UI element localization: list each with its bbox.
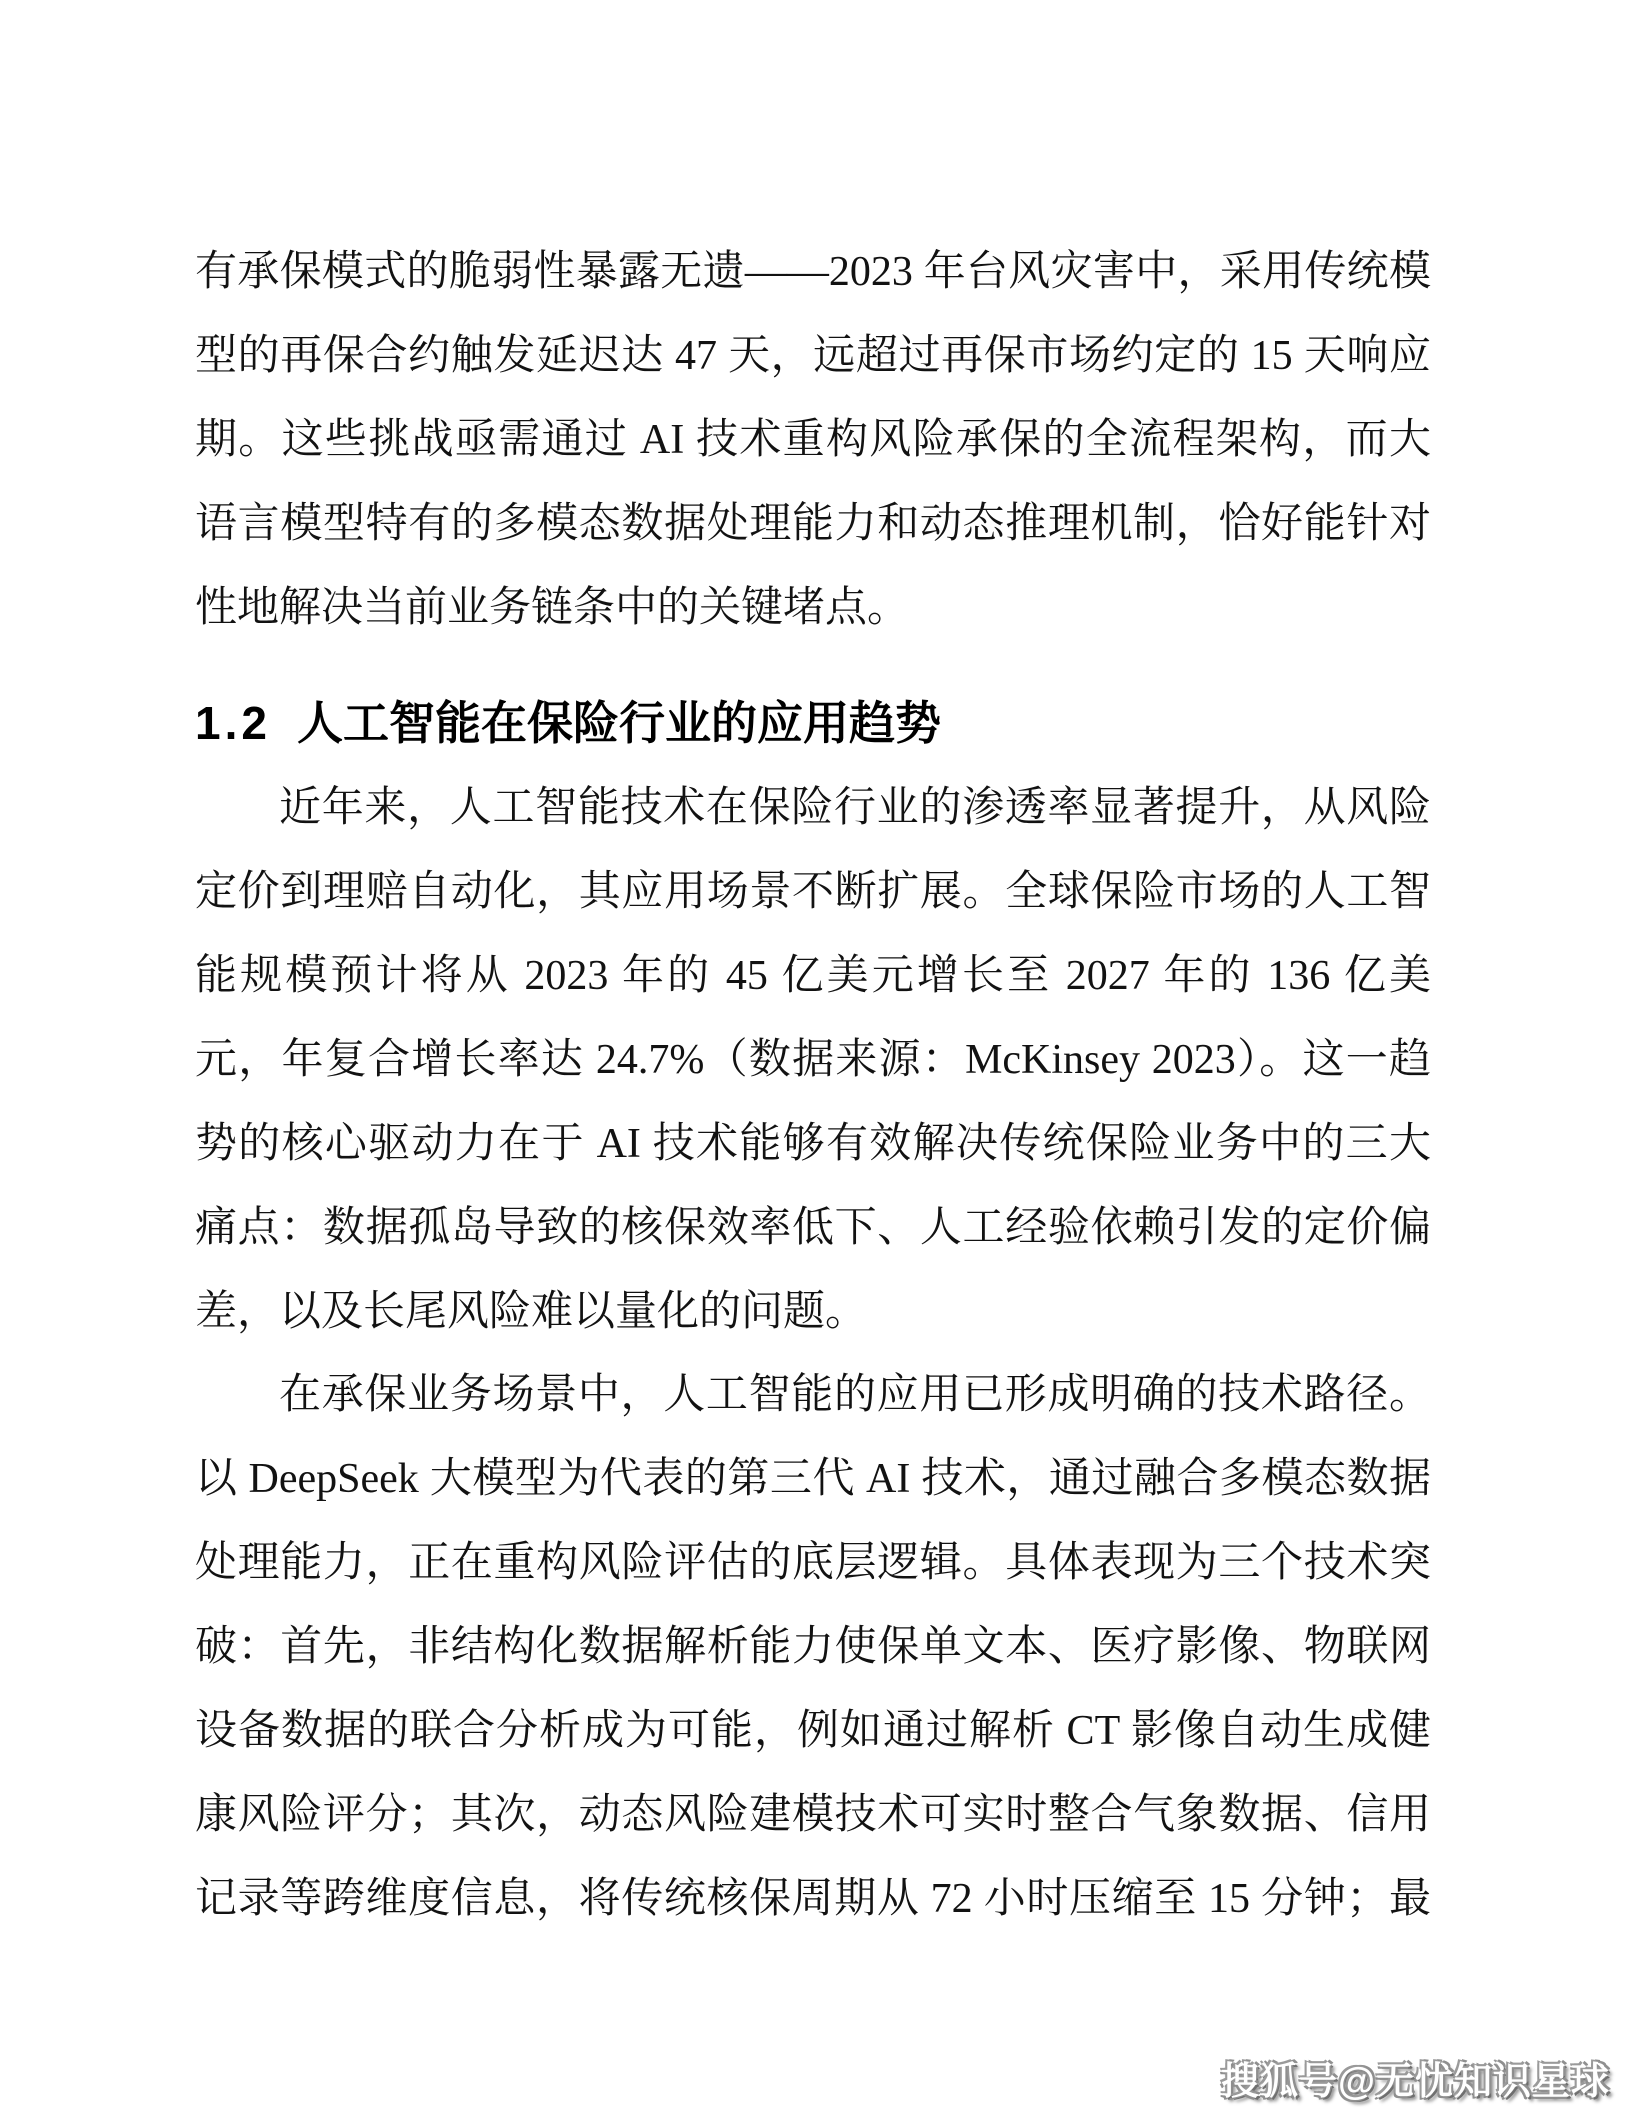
text-line: 处理能力，正在重构风险评估的底层逻辑。具体表现为三个技术突	[195, 1521, 1431, 1605]
paragraph-2: 近年来，人工智能技术在保险行业的渗透率显著提升，从风险定价到理赔自动化，其应用场…	[195, 766, 1431, 1354]
text-line: 设备数据的联合分析成为可能，例如通过解析 CT 影像自动生成健	[195, 1689, 1431, 1773]
text-line: 性地解决当前业务链条中的关键堵点。	[195, 566, 1431, 650]
document-page: 有承保模式的脆弱性暴露无遗——2023 年台风灾害中，采用传统模型的再保合约触发…	[0, 0, 1632, 2112]
text-line: 元，年复合增长率达 24.7%（数据来源：McKinsey 2023）。这一趋	[195, 1018, 1431, 1102]
text-line: 能规模预计将从 2023 年的 45 亿美元增长至 2027 年的 136 亿美	[195, 934, 1431, 1018]
text-line: 近年来，人工智能技术在保险行业的渗透率显著提升，从风险	[195, 766, 1431, 850]
text-line: 以 DeepSeek 大模型为代表的第三代 AI 技术，通过融合多模态数据	[195, 1437, 1431, 1521]
text-line: 在承保业务场景中，人工智能的应用已形成明确的技术路径。	[195, 1353, 1431, 1437]
section-heading: 1.2人工智能在保险行业的应用趋势	[195, 681, 941, 765]
text-line: 破：首先，非结构化数据解析能力使保单文本、医疗影像、物联网	[195, 1605, 1431, 1689]
text-line: 期。这些挑战亟需通过 AI 技术重构风险承保的全流程架构，而大	[195, 398, 1431, 482]
heading-title: 人工智能在保险行业的应用趋势	[297, 697, 941, 749]
paragraph-1: 有承保模式的脆弱性暴露无遗——2023 年台风灾害中，采用传统模型的再保合约触发…	[195, 230, 1431, 650]
text-line: 差，以及长尾风险难以量化的问题。	[195, 1270, 1431, 1354]
text-line: 有承保模式的脆弱性暴露无遗——2023 年台风灾害中，采用传统模	[195, 230, 1431, 314]
heading-number: 1.2	[195, 697, 271, 749]
text-line: 记录等跨维度信息，将传统核保周期从 72 小时压缩至 15 分钟；最	[195, 1857, 1431, 1941]
text-line: 型的再保合约触发延迟达 47 天，远超过再保市场约定的 15 天响应	[195, 314, 1431, 398]
text-line: 势的核心驱动力在于 AI 技术能够有效解决传统保险业务中的三大	[195, 1102, 1431, 1186]
text-line: 痛点：数据孤岛导致的核保效率低下、人工经验依赖引发的定价偏	[195, 1186, 1431, 1270]
paragraph-3: 在承保业务场景中，人工智能的应用已形成明确的技术路径。以 DeepSeek 大模…	[195, 1353, 1431, 1941]
text-line: 康风险评分；其次，动态风险建模技术可实时整合气象数据、信用	[195, 1773, 1431, 1857]
text-line: 定价到理赔自动化，其应用场景不断扩展。全球保险市场的人工智	[195, 850, 1431, 934]
watermark: 搜狐号@无忧知识星球	[1221, 2050, 1610, 2105]
text-line: 语言模型特有的多模态数据处理能力和动态推理机制，恰好能针对	[195, 482, 1431, 566]
